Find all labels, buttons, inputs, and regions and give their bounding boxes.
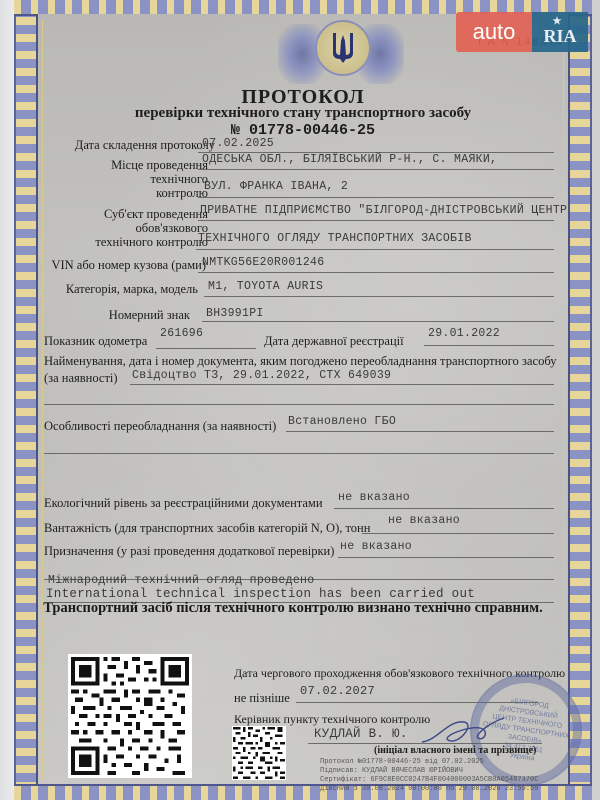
protocol-date-value: 07.02.2025 bbox=[202, 137, 274, 150]
location-value-1: ОДЕСЬКА ОБЛ., БІЛЯЇВСЬКИЙ Р-Н., С. МАЯКИ… bbox=[202, 153, 497, 166]
subject-value-2: ТЕХНІЧНОГО ОГЛЯДУ ТРАНСПОРТНИХ ЗАСОБІВ bbox=[198, 232, 472, 245]
eco-level-value: не вказано bbox=[338, 491, 410, 504]
location-label-2: технічного bbox=[150, 172, 208, 186]
electronic-signature-block: Протокол №01778-00446-25 від 07.02.2025 … bbox=[320, 758, 538, 794]
plate-value: BH3991PI bbox=[206, 307, 264, 320]
purpose-label: Призначення (у разі проведення додатково… bbox=[44, 544, 334, 558]
autoria-watermark-logo: auto ★ RIA bbox=[456, 12, 588, 52]
conversion-doc-value: Свідоцтво ТЗ, 29.01.2022, СТХ 649039 bbox=[132, 369, 391, 382]
eco-level-label: Екологічний рівень за реєстраційними док… bbox=[44, 496, 323, 510]
certificate: I A N 148874 ПРОТОКОЛ перевірки технічно… bbox=[14, 0, 592, 800]
subject-value-1: ПРИВАТНЕ ПІДПРИЄМСТВО "БІЛГОРОД-ДНІСТРОВ… bbox=[200, 204, 567, 217]
registration-date-label: Дата державної реєстрації bbox=[264, 334, 404, 348]
plate-label: Номерний знак bbox=[109, 308, 190, 322]
purpose-value: не вказано bbox=[340, 540, 412, 553]
document-paper: I A N 148874 ПРОТОКОЛ перевірки технічно… bbox=[36, 14, 570, 784]
location-value-2: ВУЛ. ФРАНКА ІВАНА, 2 bbox=[204, 180, 348, 193]
capacity-value: не вказано bbox=[388, 514, 460, 527]
verdict-statement: Транспортний засіб після технічного конт… bbox=[18, 600, 568, 617]
category-label: Категорія, марка, модель bbox=[66, 282, 198, 296]
protocol-date-label: Дата складення протоколу bbox=[75, 138, 215, 152]
international-inspection-ua: Міжнародний технічний огляд проведено bbox=[48, 574, 314, 587]
subject-label-3: технічного контролю bbox=[95, 235, 208, 249]
vin-value: NMTKG56E20R001246 bbox=[202, 256, 324, 269]
conversion-features-value: Встановлено ГБО bbox=[288, 415, 396, 428]
subject-label-1: Суб'єкт проведення bbox=[104, 207, 208, 221]
protocol-number: № 01778-00446-25 bbox=[38, 122, 568, 139]
category-value: M1, TOYOTA AURIS bbox=[208, 280, 323, 293]
vin-label: VIN або номер кузова (рами) bbox=[51, 258, 206, 272]
international-inspection-en: International technical inspection has b… bbox=[46, 587, 475, 601]
qr-code-small bbox=[232, 726, 286, 780]
qr-code-large bbox=[68, 654, 192, 778]
conversion-doc-label-2: (за наявності) bbox=[44, 371, 118, 385]
conversion-doc-label: Найменування, дата і номер документа, як… bbox=[44, 354, 557, 368]
logo-auto: auto bbox=[456, 12, 532, 52]
head-label: Керівник пункту технічного контролю bbox=[234, 712, 430, 726]
odometer-value: 261696 bbox=[160, 327, 203, 340]
document-subtitle: перевірки технічного стану транспортного… bbox=[38, 105, 568, 122]
next-inspection-prefix: не пізніше bbox=[234, 691, 290, 705]
conversion-features-label: Особливості переобладнання (за наявності… bbox=[44, 419, 276, 433]
odometer-label: Показник одометра bbox=[44, 334, 147, 348]
logo-ria: ★ RIA bbox=[532, 12, 588, 52]
registration-date-value: 29.01.2022 bbox=[428, 327, 500, 340]
next-inspection-date: 07.02.2027 bbox=[300, 684, 375, 698]
star-icon: ★ bbox=[553, 18, 562, 26]
capacity-label: Вантажність (для транспортних засобів ка… bbox=[44, 521, 370, 535]
head-name-value: КУДЛАЙ В. Ю. bbox=[314, 727, 408, 741]
state-emblem bbox=[278, 14, 404, 84]
signature-icon bbox=[418, 714, 508, 750]
trident-icon bbox=[330, 31, 356, 65]
location-label-1: Місце проведення bbox=[111, 158, 208, 172]
